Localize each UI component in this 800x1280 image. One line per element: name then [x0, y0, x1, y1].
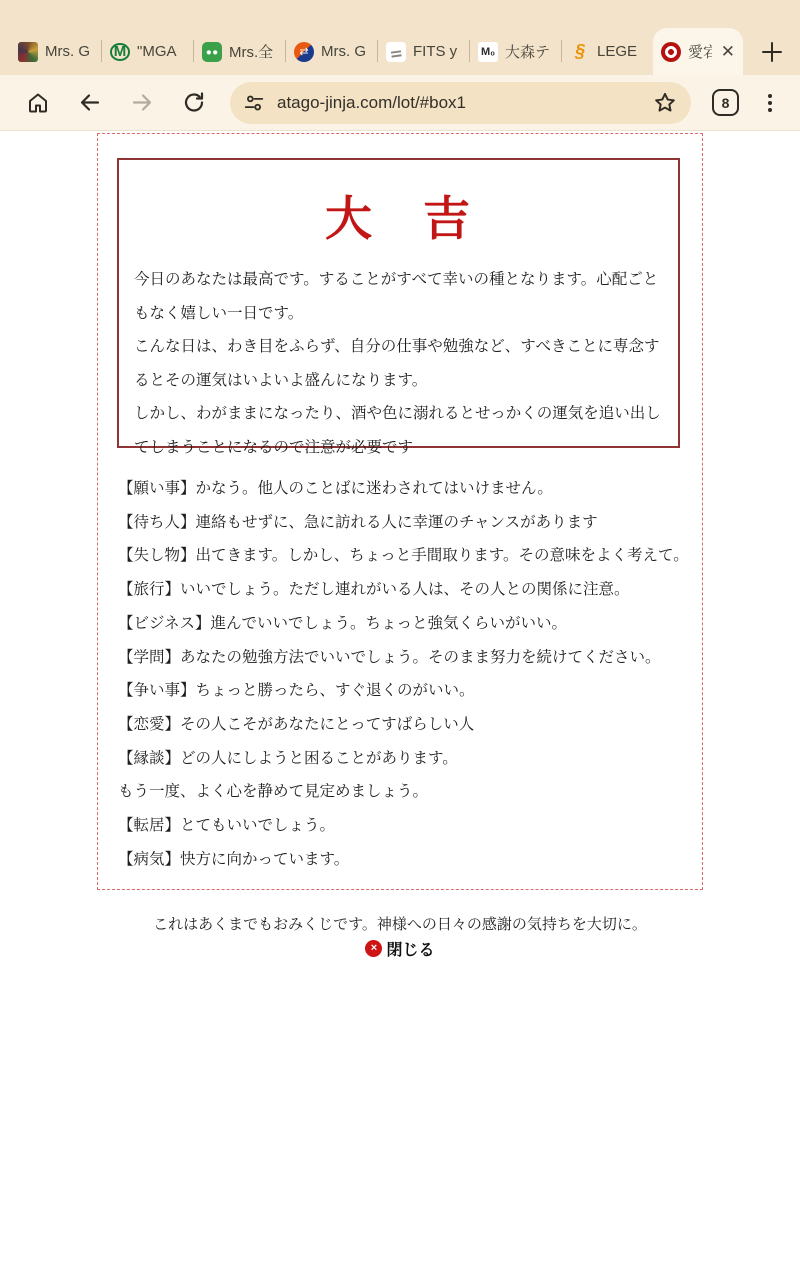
plus-icon	[761, 41, 783, 63]
reload-button[interactable]	[182, 91, 206, 115]
list-item: 【縁談】どの人にしようと困ることがあります。	[118, 742, 696, 776]
fortune-description-line: しかし、わがままになったり、酒や色に溺れるとせっかくの運気を追い出してしまうこと…	[134, 397, 663, 464]
tab-title: "MGA	[137, 43, 189, 60]
fortune-footer-note: これはあくまでもおみくじです。神様への日々の感謝の気持ちを大切に。	[0, 913, 800, 934]
browser-toolbar: atago-jinja.com/lot/#box1 8	[0, 75, 800, 131]
list-item: 【願い事】かなう。他人のことばに迷わされてはいけません。	[118, 472, 696, 506]
list-item: 【ビジネス】進んでいいでしょう。ちょっと強気くらいがいい。	[118, 607, 696, 641]
fortune-panel: 大 吉 今日のあなたは最高です。することがすべて幸いの種となります。心配ごともな…	[97, 133, 703, 890]
fortune-description-line: こんな日は、わき目をふらず、自分の仕事や勉強など、すべきことに専念するとその運気…	[134, 330, 663, 397]
fortune-description-line: 今日のあなたは最高です。することがすべて幸いの種となります。心配ごともなく嬉しい…	[134, 263, 663, 330]
forward-button[interactable]	[130, 91, 154, 115]
reload-icon	[182, 90, 206, 115]
close-button-label: 閉じる	[386, 937, 434, 960]
tab-title: 愛宕	[688, 41, 712, 62]
bookmark-star-icon[interactable]	[652, 90, 678, 116]
tab-mrs-green-apple-1[interactable]: Mrs. G	[10, 28, 101, 75]
home-icon	[26, 90, 50, 115]
close-circle-icon: ×	[365, 940, 382, 957]
red-crest-favicon	[661, 42, 681, 62]
green-apple-logo-favicon	[110, 42, 130, 62]
tab-omori[interactable]: 大森テ	[470, 28, 561, 75]
forward-arrow-icon	[130, 90, 154, 115]
list-item: 【失し物】出てきます。しかし、ちょっと手間取ります。その意味をよく考えて。	[118, 539, 696, 573]
fortune-description: 今日のあなたは最高です。することがすべて幸いの種となります。心配ごともなく嬉しい…	[134, 263, 663, 464]
url-bar[interactable]: atago-jinja.com/lot/#box1	[230, 82, 691, 124]
list-item: 【争い事】ちょっと勝ったら、すぐ退くのがいい。	[118, 674, 696, 708]
back-arrow-icon	[78, 90, 102, 115]
url-text[interactable]: atago-jinja.com/lot/#box1	[277, 93, 640, 113]
list-item: もう一度、よく心を静めて見定めましょう。	[118, 775, 696, 809]
tab-mrs-green-apple-2[interactable]: Mrs. G	[286, 28, 377, 75]
home-button[interactable]	[26, 91, 50, 115]
tab-atago-jinja-active[interactable]: 愛宕 ✕	[653, 28, 743, 75]
menu-button[interactable]	[758, 91, 782, 115]
m-zero-favicon	[478, 42, 498, 62]
close-button[interactable]: × 閉じる	[0, 937, 800, 960]
tab-title: Mrs. G	[45, 43, 97, 60]
new-tab-button[interactable]	[743, 28, 800, 75]
tab-mga[interactable]: "MGA	[102, 28, 193, 75]
list-item: 【待ち人】連絡もせずに、急に訪れる人に幸運のチャンスがあります	[118, 506, 696, 540]
fortune-category-list: 【願い事】かなう。他人のことばに迷わされてはいけません。 【待ち人】連絡もせずに…	[118, 472, 696, 876]
tab-title: LEGE	[597, 43, 649, 60]
orange-blue-swap-favicon	[294, 42, 314, 62]
scribble-favicon	[386, 42, 406, 62]
tab-title: 大森テ	[505, 41, 557, 62]
back-button[interactable]	[78, 91, 102, 115]
tab-title: FITS y	[413, 43, 465, 60]
three-dot-menu-icon	[758, 91, 782, 115]
page-info-icon[interactable]	[243, 92, 265, 114]
fortune-result-title: 大 吉	[119, 182, 678, 249]
tab-title: Mrs. G	[321, 43, 373, 60]
green-mascot-favicon	[202, 42, 222, 62]
tab-list: Mrs. G "MGA Mrs.全 Mrs. G FITS y 大森テ	[0, 0, 743, 75]
list-item: 【学問】あなたの勉強方法でいいでしょう。そのまま努力を続けてください。	[118, 641, 696, 675]
tab-mrs-mascot[interactable]: Mrs.全	[194, 28, 285, 75]
tab-title: Mrs.全	[229, 41, 281, 62]
list-item: 【恋愛】その人こそがあなたにとってすばらしい人	[118, 708, 696, 742]
fortune-summary-box: 大 吉 今日のあなたは最高です。することがすべて幸いの種となります。心配ごともな…	[117, 158, 680, 448]
list-item: 【病気】快方に向かっています。	[118, 843, 696, 877]
tab-close-icon[interactable]: ✕	[719, 43, 737, 60]
tab-count-button[interactable]: 8	[712, 89, 739, 116]
album-art-favicon	[18, 42, 38, 62]
tab-legend[interactable]: LEGE	[562, 28, 653, 75]
list-item: 【旅行】いいでしょう。ただし連れがいる人は、その人との関係に注意。	[118, 573, 696, 607]
orange-flame-favicon	[570, 42, 590, 62]
browser-tab-strip: Mrs. G "MGA Mrs.全 Mrs. G FITS y 大森テ	[0, 0, 800, 75]
list-item: 【転居】とてもいいでしょう。	[118, 809, 696, 843]
tab-fits[interactable]: FITS y	[378, 28, 469, 75]
